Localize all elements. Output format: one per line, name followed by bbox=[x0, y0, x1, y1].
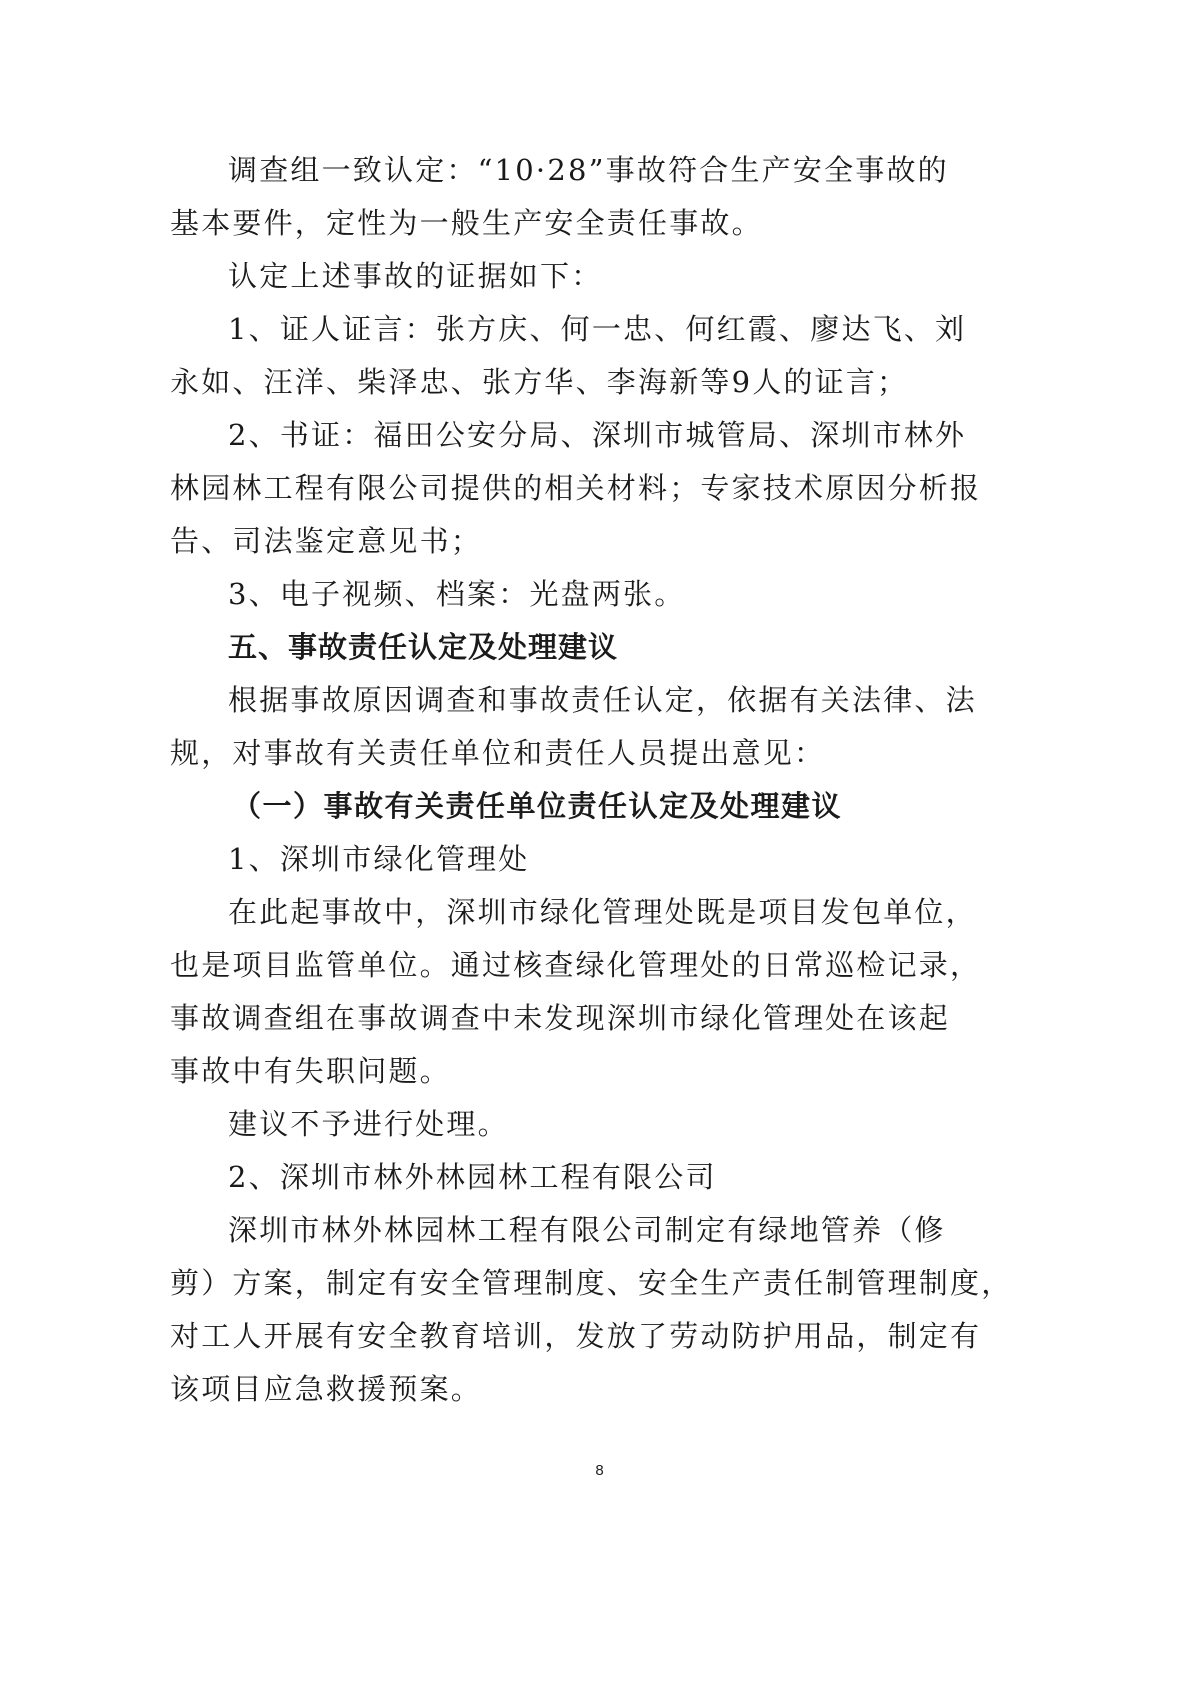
paragraph-line: 调查组一致认定：“10·28”事故符合生产安全事故的 bbox=[228, 150, 1008, 190]
paragraph-line: 林园林工程有限公司提供的相关材料；专家技术原因分析报 bbox=[170, 468, 950, 508]
paragraph-line: 基本要件，定性为一般生产安全责任事故。 bbox=[170, 203, 950, 243]
page-number: 8 bbox=[0, 1462, 1199, 1479]
paragraph-line: 也是项目监管单位。通过核查绿化管理处的日常巡检记录， bbox=[170, 945, 950, 985]
evidence-item-1: 1、证人证言：张方庆、何一忠、何红霞、廖达飞、刘 bbox=[228, 309, 1008, 349]
paragraph-line: 告、司法鉴定意见书； bbox=[170, 521, 950, 561]
section-heading: 五、事故责任认定及处理建议 bbox=[228, 627, 1008, 667]
entity-heading-1: 1、深圳市绿化管理处 bbox=[228, 839, 1008, 879]
entity-heading-2: 2、深圳市林外林园林工程有限公司 bbox=[228, 1157, 1008, 1197]
paragraph-line: 剪）方案，制定有安全管理制度、安全生产责任制管理制度， bbox=[170, 1263, 950, 1303]
recommendation-line: 建议不予进行处理。 bbox=[228, 1104, 1008, 1144]
document-page: 调查组一致认定：“10·28”事故符合生产安全事故的 基本要件，定性为一般生产安… bbox=[0, 0, 1199, 1696]
paragraph-line: 事故调查组在事故调查中未发现深圳市绿化管理处在该起 bbox=[170, 998, 950, 1038]
paragraph-line: 根据事故原因调查和事故责任认定，依据有关法律、法 bbox=[228, 680, 1008, 720]
paragraph-line: 深圳市林外林园林工程有限公司制定有绿地管养（修 bbox=[228, 1210, 1008, 1250]
evidence-item-3: 3、电子视频、档案：光盘两张。 bbox=[228, 574, 1008, 614]
paragraph-line: 对工人开展有安全教育培训，发放了劳动防护用品，制定有 bbox=[170, 1316, 950, 1356]
evidence-item-2: 2、书证：福田公安分局、深圳市城管局、深圳市林外 bbox=[228, 415, 1008, 455]
paragraph-line: 在此起事故中，深圳市绿化管理处既是项目发包单位， bbox=[228, 892, 1008, 932]
paragraph-line: 规，对事故有关责任单位和责任人员提出意见： bbox=[170, 733, 950, 773]
paragraph-line: 永如、汪洋、柴泽忠、张方华、李海新等9人的证言； bbox=[170, 362, 950, 402]
paragraph-line: 事故中有失职问题。 bbox=[170, 1051, 950, 1091]
paragraph-line: 认定上述事故的证据如下： bbox=[228, 256, 1008, 296]
subsection-heading: （一）事故有关责任单位责任认定及处理建议 bbox=[232, 786, 1012, 826]
paragraph-line: 该项目应急救援预案。 bbox=[170, 1369, 950, 1409]
